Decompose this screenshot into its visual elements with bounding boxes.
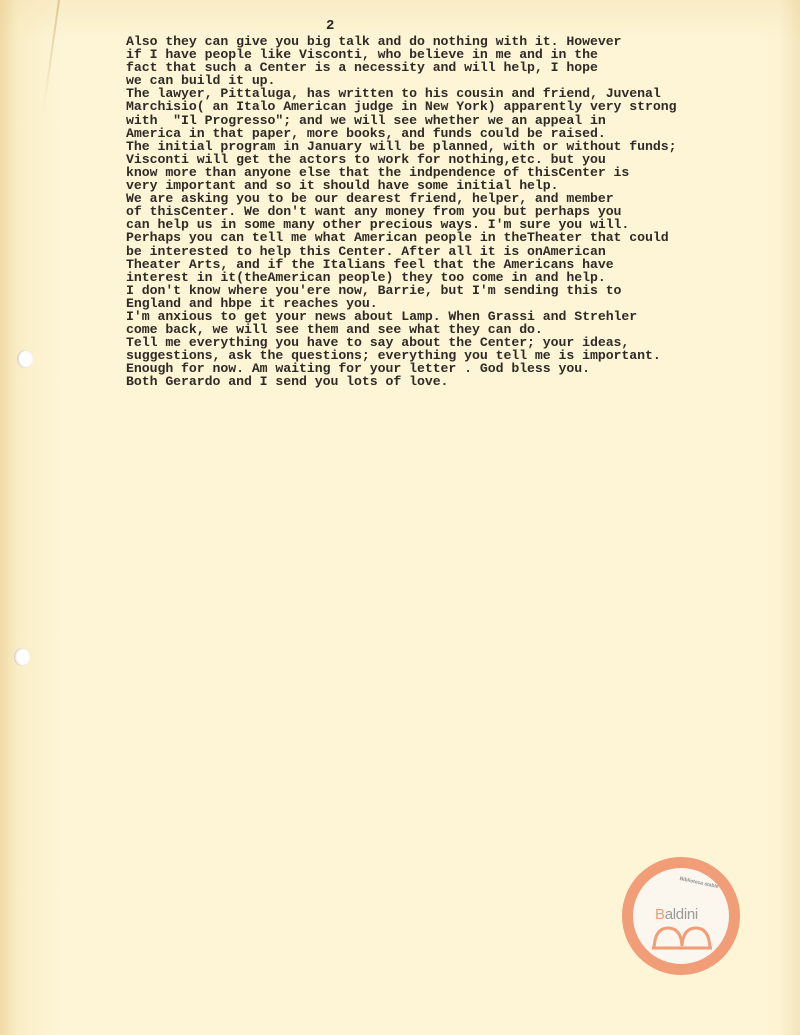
letter-line: be interested to help this Center. After… — [126, 245, 800, 258]
logo-initial: B — [655, 906, 665, 923]
letter-line: Visconti will get the actors to work for… — [126, 153, 800, 166]
letter-line: Marchisio( an Italo American judge in Ne… — [126, 100, 800, 113]
letter-line: I don't know where you'ere now, Barrie, … — [126, 284, 800, 297]
letter-line: America in that paper, more books, and f… — [126, 127, 800, 140]
letter-line: The initial program in January will be p… — [126, 140, 800, 153]
logo-name: Baldini — [655, 906, 698, 923]
letter-line: Theater Arts, and if the Italians feel t… — [126, 258, 800, 271]
punch-hole — [17, 350, 33, 368]
letter-line: Perhaps you can tell me what American pe… — [126, 231, 800, 244]
letter-line: England and hbpe it reaches you. — [126, 297, 800, 310]
open-book-icon — [651, 924, 713, 950]
page-number: 2 — [326, 18, 334, 34]
paper-fold — [43, 0, 60, 109]
paper-background: 2 Also they can give you big talk and do… — [0, 0, 800, 1035]
punch-hole — [14, 648, 30, 666]
logo-subtitle: Biblioteca stable — [679, 876, 719, 890]
logo-name-rest: aldini — [665, 906, 698, 923]
letter-line: Both Gerardo and I send you lots of love… — [126, 375, 800, 388]
letter-line: with "Il Progresso"; and we will see whe… — [126, 114, 800, 127]
library-stamp-logo: Biblioteca stable Baldini — [622, 857, 740, 975]
letter-body: Also they can give you big talk and do n… — [126, 35, 800, 389]
letter-line: interest in it(theAmerican people) they … — [126, 271, 800, 284]
